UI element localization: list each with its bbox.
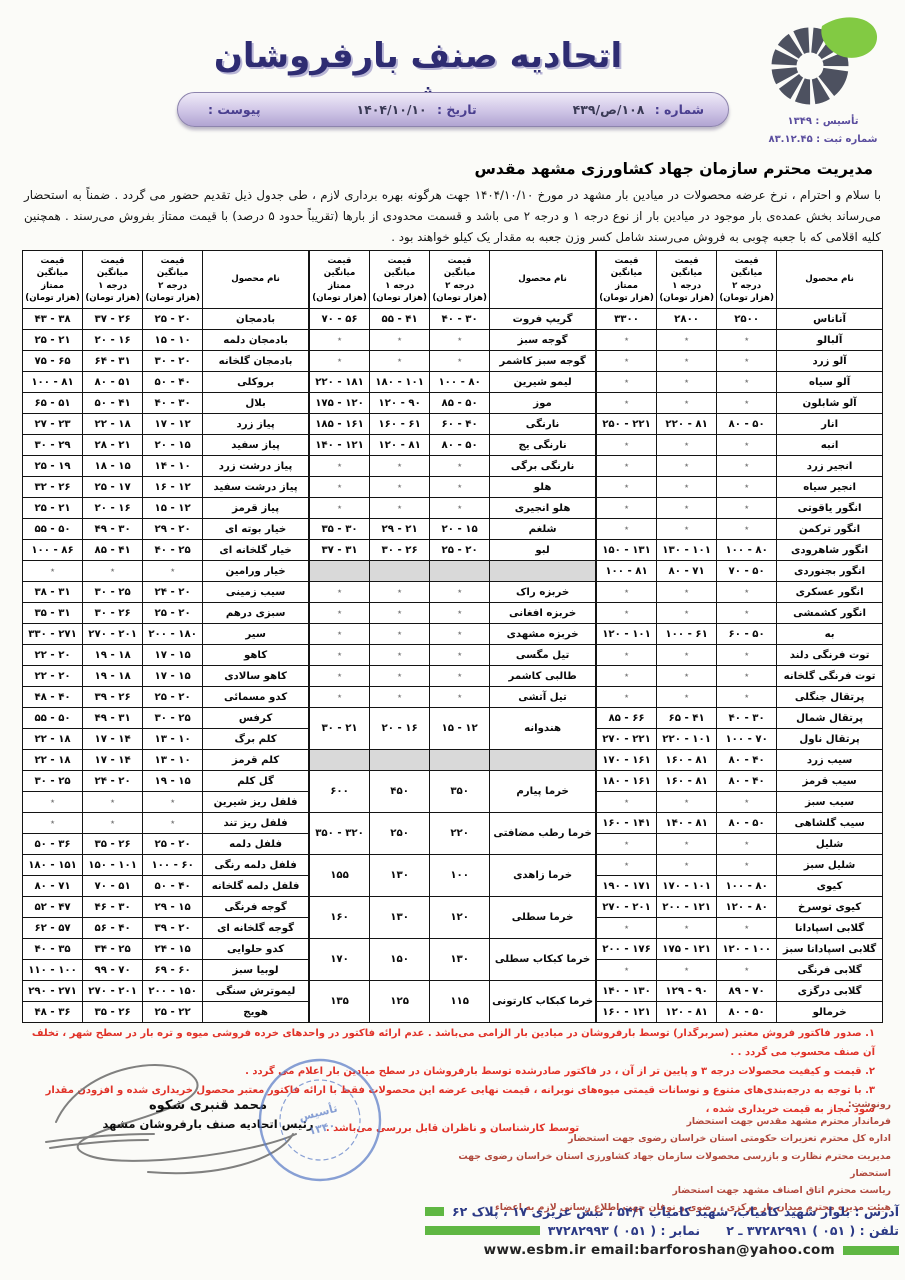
price-range-cell: ۷۰ - ۵۶	[310, 309, 370, 330]
table-row: توت فرنگی دلند٭٭٭	[597, 645, 883, 666]
green-bar-icon	[843, 1246, 899, 1255]
column-header-avg-price-grade1: قیمت میانگیندرجه ۱(هزار تومان)	[83, 251, 143, 309]
price-range-cell: ۲۹ - ۱۵	[143, 897, 203, 918]
price-range-cell: ۱۳۰	[370, 897, 430, 939]
price-range-cell: ۲۵ - ۱۹	[23, 456, 83, 477]
table-row: گلابی فرنگی٭٭٭	[597, 960, 883, 981]
product-name-cell: به	[777, 624, 883, 645]
product-name-cell: پیاز درشت سفید	[203, 477, 309, 498]
no-supply-star-cell: ٭	[83, 561, 143, 582]
no-supply-star-cell: ٭	[597, 855, 657, 876]
web-line: www.esbm.ir email:barforoshan@yahoo.com	[425, 1242, 899, 1258]
table-row: خربزه راک٭٭٭	[310, 582, 596, 603]
price-range-cell: ۲۷ - ۲۳	[23, 414, 83, 435]
no-supply-star-cell: ٭	[597, 498, 657, 519]
price-range-cell: ۱۵ - ۱۲	[143, 498, 203, 519]
table-row: انگور ترکمن٭٭٭	[597, 519, 883, 540]
table-row: بلال۴۰ - ۳۰۵۰ - ۴۱۶۵ - ۵۱	[23, 393, 309, 414]
table-row: آلبالو٭٭٭	[597, 330, 883, 351]
price-range-cell: ۲۵ - ۲۰	[143, 309, 203, 330]
table-row: تیل آتشی٭٭٭	[310, 687, 596, 708]
price-range-cell: ۲۹ - ۲۱	[370, 519, 430, 540]
price-range-cell: ۱۴۰ - ۱۲۱	[310, 435, 370, 456]
no-supply-star-cell: ٭	[657, 918, 717, 939]
letter-number: شماره : ۴۳۹/ص/۱۰۸	[573, 102, 704, 117]
intro-section: مدیریت محترم سازمان جهاد کشاورزی مشهد مق…	[24, 160, 881, 249]
price-range-cell: ۱۹ - ۱۵	[143, 771, 203, 792]
product-name-cell: طالبی کاشمر	[490, 666, 596, 687]
copy-recipient-line: اداره کل محترم تعزیرات حکومتی استان خراس…	[439, 1130, 891, 1147]
stamp-center-line2: ۱۳۴۰	[307, 1119, 336, 1138]
table-row: انبه٭٭٭	[597, 435, 883, 456]
product-name-cell: سیب سبز	[777, 792, 883, 813]
price-range-cell: ۲۵۰۰	[717, 309, 777, 330]
price-range-cell: ۸۰ - ۴۰	[717, 771, 777, 792]
no-supply-star-cell: ٭	[310, 624, 370, 645]
price-range-cell: ۵۲ - ۴۷	[23, 897, 83, 918]
table-row: هلو انجیری٭٭٭	[310, 498, 596, 519]
price-range-cell: ۱۷۵ - ۱۲۰	[310, 393, 370, 414]
table-row: پیاز درشت زرد۱۴ - ۱۰۱۸ - ۱۵۲۵ - ۱۹	[23, 456, 309, 477]
contact-footer: آدرس : بلوار شهید کامیاب، شهید کامیاب ۵۴…	[425, 1204, 899, 1262]
price-range-cell: ۲۲۰ - ۱۸۱	[310, 372, 370, 393]
no-supply-star-cell: ٭	[657, 456, 717, 477]
no-supply-star-cell: ٭	[370, 498, 430, 519]
product-name-cell: موز	[490, 393, 596, 414]
product-name-cell: سیر	[203, 624, 309, 645]
product-name-cell: انجیر سیاه	[777, 477, 883, 498]
price-range-cell: ۱۲۰ - ۱۰۰	[717, 939, 777, 960]
product-name-cell: فلفل دلمه	[203, 834, 309, 855]
price-range-cell: ۲۲ - ۱۸	[83, 414, 143, 435]
product-name-cell: پرتقال جنگلی	[777, 687, 883, 708]
no-supply-star-cell: ٭	[310, 603, 370, 624]
table-row: شلغم۲۰ - ۱۵۲۹ - ۲۱۳۵ - ۳۰	[310, 519, 596, 540]
no-supply-star-cell: ٭	[430, 624, 490, 645]
price-range-cell: ۱۶ - ۱۲	[143, 477, 203, 498]
price-range-cell: ۱۷ - ۱۵	[143, 666, 203, 687]
product-name-cell: گریپ فروت	[490, 309, 596, 330]
price-range-cell: ۱۸ - ۱۵	[83, 456, 143, 477]
product-name-cell: آلو زرد	[777, 351, 883, 372]
table-row: انگور شاهرودی۱۰۰ - ۸۰۱۳۰ - ۱۰۱۱۵۰ - ۱۳۱	[597, 540, 883, 561]
table-row: سبزی درهم۲۵ - ۲۰۳۰ - ۲۶۳۵ - ۳۱	[23, 603, 309, 624]
column-header-avg-price-premium: قیمت میانگینممتاز(هزار تومان)	[597, 251, 657, 309]
product-name-cell: سیب زرد	[777, 750, 883, 771]
price-range-cell: ۲۵ - ۲۲	[143, 1002, 203, 1023]
price-range-cell: ۱۶۰ - ۱۴۱	[597, 813, 657, 834]
price-range-cell: ۱۴۰ - ۱۳۰	[597, 981, 657, 1002]
table-row: خیار بوته ای۲۹ - ۲۰۴۹ - ۳۰۵۵ - ۵۰	[23, 519, 309, 540]
no-supply-star-cell: ٭	[370, 624, 430, 645]
product-name-cell: هویج	[203, 1002, 309, 1023]
table-row: لبو۲۵ - ۲۰۳۰ - ۲۶۳۷ - ۳۱	[310, 540, 596, 561]
table-row: نارنگی یج۸۰ - ۵۰۱۲۰ - ۸۱۱۴۰ - ۱۲۱	[310, 435, 596, 456]
no-supply-star-cell: ٭	[657, 435, 717, 456]
price-range-cell: ۱۴۰ - ۸۱	[657, 813, 717, 834]
product-name-cell: پیاز درشت زرد	[203, 456, 309, 477]
price-range-cell: ۹۹ - ۷۰	[83, 960, 143, 981]
no-supply-star-cell: ٭	[717, 792, 777, 813]
price-range-cell: ۵۰ - ۴۰	[143, 372, 203, 393]
letter-number-value: ۴۳۹/ص/۱۰۸	[573, 102, 645, 117]
product-name-cell: سیب قرمز	[777, 771, 883, 792]
price-range-cell: ۱۶۰ - ۸۱	[657, 771, 717, 792]
product-name-cell: گوجه گلخانه ای	[203, 918, 309, 939]
price-range-cell: ۱۵۰ - ۱۳۱	[597, 540, 657, 561]
no-supply-star-cell: ٭	[597, 519, 657, 540]
no-supply-star-cell: ٭	[430, 477, 490, 498]
price-range-cell: ۱۰۰ - ۸۱	[23, 372, 83, 393]
price-range-cell: ۳۴ - ۲۵	[83, 939, 143, 960]
table-row: انگور یاقوتی٭٭٭	[597, 498, 883, 519]
blank-cell	[310, 561, 370, 582]
product-name-cell: فلفل ریز تند	[203, 813, 309, 834]
table-row: نارنگی برگی٭٭٭	[310, 456, 596, 477]
price-range-cell: ۲۲ - ۱۸	[23, 729, 83, 750]
website-email-text: www.esbm.ir email:barforoshan@yahoo.com	[484, 1242, 835, 1258]
product-name-cell: انبه	[777, 435, 883, 456]
price-range-cell: ۲۷۰ - ۲۰۱	[597, 897, 657, 918]
product-name-cell: شلیل	[777, 834, 883, 855]
table-row: گوجه سبز٭٭٭	[310, 330, 596, 351]
no-supply-star-cell: ٭	[657, 666, 717, 687]
price-range-cell: ۸۰ - ۷۱	[657, 561, 717, 582]
price-range-cell: ۶۰ - ۴۰	[430, 414, 490, 435]
product-name-cell: کلم قرمز	[203, 750, 309, 771]
no-supply-star-cell: ٭	[430, 666, 490, 687]
product-name-cell: آلبالو	[777, 330, 883, 351]
table-row: کدو حلوایی۲۴ - ۱۵۳۴ - ۲۵۴۰ - ۳۵	[23, 939, 309, 960]
price-range-cell: ۲۲۰ - ۱۰۱	[657, 729, 717, 750]
price-range-cell: ۷۵ - ۶۵	[23, 351, 83, 372]
price-range-cell: ۲۵ - ۲۱	[23, 330, 83, 351]
green-bar-icon	[425, 1226, 540, 1235]
price-range-cell: ۳۰ - ۲۱	[310, 708, 370, 750]
no-supply-star-cell: ٭	[597, 330, 657, 351]
price-range-cell: ۱۶۰ - ۱۲۱	[597, 1002, 657, 1023]
phone-line: تلفن : ۲ ـ ۳۷۲۸۲۹۹۱ ( ۰۵۱ ) نمابر : ۳۷۲۸…	[425, 1223, 899, 1238]
price-range-cell: ۶۰۰	[310, 771, 370, 813]
no-supply-star-cell: ٭	[310, 666, 370, 687]
no-supply-star-cell: ٭	[310, 351, 370, 372]
copy-recipient-line: ریاست محترم اتاق اصناف مشهد جهت استحضار	[439, 1182, 891, 1199]
phone-text: تلفن : ۲ ـ ۳۷۲۸۲۹۹۱ ( ۰۵۱ ) نمابر : ۳۷۲۸…	[548, 1223, 899, 1238]
price-range-cell: ۳۵ - ۲۶	[83, 1002, 143, 1023]
price-range-cell: ۵۶ - ۴۰	[83, 918, 143, 939]
no-supply-star-cell: ٭	[597, 456, 657, 477]
no-supply-star-cell: ٭	[717, 603, 777, 624]
blank-cell	[310, 750, 370, 771]
table-row: فلفل دلمه گلخانه۵۰ - ۴۰۷۰ - ۵۱۸۰ - ۷۱	[23, 876, 309, 897]
price-range-cell: ۲۰ - ۱۵	[143, 435, 203, 456]
table-row: به۶۰ - ۵۰۱۰۰ - ۶۱۱۲۰ - ۱۰۱	[597, 624, 883, 645]
product-name-cell: گلابی اسپادانا سبز	[777, 939, 883, 960]
product-name-cell: شلغم	[490, 519, 596, 540]
table-row: انگور بجنوردی۷۰ - ۵۰۸۰ - ۷۱۱۰۰ - ۸۱	[597, 561, 883, 582]
price-range-cell: ۸۰ - ۵۰	[717, 813, 777, 834]
no-supply-star-cell: ٭	[717, 393, 777, 414]
price-range-cell: ۱۶۰ - ۶۱	[370, 414, 430, 435]
price-range-cell: ۵۵ - ۵۰	[23, 519, 83, 540]
table-row: فلفل ریز شیرین٭٭٭	[23, 792, 309, 813]
no-supply-star-cell: ٭	[717, 687, 777, 708]
no-supply-star-cell: ٭	[657, 498, 717, 519]
table-row: کاهو۱۷ - ۱۵۱۹ - ۱۸۲۲ - ۲۰	[23, 645, 309, 666]
price-range-cell: ۳۳۰۰	[597, 309, 657, 330]
table-row: گریپ فروت۴۰ - ۳۰۵۵ - ۴۱۷۰ - ۵۶	[310, 309, 596, 330]
no-supply-star-cell: ٭	[717, 834, 777, 855]
price-range-cell: ۴۰ - ۳۰	[143, 393, 203, 414]
product-name-cell: نارنگی	[490, 414, 596, 435]
price-range-cell: ۳۲ - ۲۶	[23, 477, 83, 498]
product-name-cell: پیاز سفید	[203, 435, 309, 456]
table-row: سیب زرد۸۰ - ۴۰۱۶۰ - ۸۱۱۷۰ - ۱۶۱	[597, 750, 883, 771]
table-row: گلابی اسپادانا سبز۱۲۰ - ۱۰۰۱۷۵ - ۱۲۱۲۰۰ …	[597, 939, 883, 960]
table-row: سیب سبز٭٭٭	[597, 792, 883, 813]
price-range-cell: ۶۵ - ۵۱	[23, 393, 83, 414]
product-name-cell: فلفل دلمه گلخانه	[203, 876, 309, 897]
price-range-cell: ۱۵۰	[370, 939, 430, 981]
product-name-cell: بادمجان	[203, 309, 309, 330]
product-name-cell: لوبیا سبز	[203, 960, 309, 981]
product-name-cell: سیب گلشاهی	[777, 813, 883, 834]
price-range-cell: ۲۲ - ۱۸	[23, 750, 83, 771]
product-name-cell: گل کلم	[203, 771, 309, 792]
price-range-cell: ۲۵ - ۲۰	[143, 687, 203, 708]
product-name-cell: توت فرنگی گلخانه	[777, 666, 883, 687]
product-name-cell: نارنگی یج	[490, 435, 596, 456]
no-supply-star-cell: ٭	[430, 687, 490, 708]
product-name-cell: انگور شاهرودی	[777, 540, 883, 561]
price-range-cell: ۱۸۰ - ۱۰۱	[370, 372, 430, 393]
table-row: شلیل٭٭٭	[597, 834, 883, 855]
price-range-cell: ۴۶ - ۳۰	[83, 897, 143, 918]
price-range-cell: ۴۰ - ۲۵	[143, 540, 203, 561]
product-name-cell: خرما پیارم	[490, 771, 596, 813]
price-range-cell: ۲۷۰ - ۲۰۱	[83, 981, 143, 1002]
no-supply-star-cell: ٭	[597, 918, 657, 939]
table-row: خیار گلخانه ای۴۰ - ۲۵۸۵ - ۴۱۱۰۰ - ۸۶	[23, 540, 309, 561]
no-supply-star-cell: ٭	[370, 477, 430, 498]
price-range-cell: ۱۰۰	[430, 855, 490, 897]
no-supply-star-cell: ٭	[370, 666, 430, 687]
product-name-cell: خیار ورامین	[203, 561, 309, 582]
no-supply-star-cell: ٭	[657, 645, 717, 666]
product-name-cell: کاهو	[203, 645, 309, 666]
no-supply-star-cell: ٭	[717, 435, 777, 456]
product-name-cell: انجیر زرد	[777, 456, 883, 477]
price-range-cell: ۱۹ - ۱۸	[83, 645, 143, 666]
no-supply-star-cell: ٭	[370, 456, 430, 477]
no-supply-star-cell: ٭	[143, 792, 203, 813]
price-range-cell: ۱۴ - ۱۰	[143, 456, 203, 477]
product-name-cell: فلفل ریز شیرین	[203, 792, 309, 813]
price-range-cell: ۵۰ - ۴۰	[143, 876, 203, 897]
no-supply-star-cell: ٭	[370, 645, 430, 666]
price-range-cell: ۲۰۰ - ۱۵۰	[143, 981, 203, 1002]
price-range-cell: ۲۲ - ۲۰	[23, 645, 83, 666]
price-range-cell: ۳۷ - ۲۶	[83, 309, 143, 330]
no-supply-star-cell: ٭	[597, 477, 657, 498]
intro-paragraph: با سلام و احترام ، نرخ عرضه محصولات در م…	[24, 185, 881, 249]
table-row: آلو شابلون٭٭٭	[597, 393, 883, 414]
price-range-cell: ۱۸۰ - ۱۵۱	[23, 855, 83, 876]
product-name-cell: توت فرنگی دلند	[777, 645, 883, 666]
product-name-cell: بروکلی	[203, 372, 309, 393]
price-range-cell: ۱۹ - ۱۸	[83, 666, 143, 687]
no-supply-star-cell: ٭	[310, 330, 370, 351]
letter-meta-bar: شماره : ۴۳۹/ص/۱۰۸ تاریخ : ۱۴۰۴/۱۰/۱۰ پیو…	[177, 92, 729, 127]
no-supply-star-cell: ٭	[657, 603, 717, 624]
price-range-cell: ۱۷ - ۱۴	[83, 729, 143, 750]
price-range-cell: ۵۰ - ۳۶	[23, 834, 83, 855]
column-header-avg-price-premium: قیمت میانگینممتاز(هزار تومان)	[310, 251, 370, 309]
product-name-cell: لیموترش سنگی	[203, 981, 309, 1002]
price-range-cell: ۶۹ - ۶۰	[143, 960, 203, 981]
product-name-cell: کاهو سالادی	[203, 666, 309, 687]
no-supply-star-cell: ٭	[83, 792, 143, 813]
column-header-avg-price-premium: قیمت میانگینممتاز(هزار تومان)	[23, 251, 83, 309]
price-range-cell: ۴۰ - ۳۵	[23, 939, 83, 960]
table-row: گل کلم۱۹ - ۱۵۲۴ - ۲۰۳۰ - ۲۵	[23, 771, 309, 792]
no-supply-star-cell: ٭	[370, 330, 430, 351]
product-name-cell: تیل مگسی	[490, 645, 596, 666]
price-range-cell: ۴۹ - ۳۱	[83, 708, 143, 729]
product-name-cell: آناناس	[777, 309, 883, 330]
price-range-cell: ۴۸ - ۴۰	[23, 687, 83, 708]
price-range-cell: ۱۷۰ - ۱۶۱	[597, 750, 657, 771]
price-range-cell: ۶۴ - ۳۱	[83, 351, 143, 372]
product-name-cell: انگور ترکمن	[777, 519, 883, 540]
table-row: انجیر زرد٭٭٭	[597, 456, 883, 477]
table-row: خرما زاهدی۱۰۰۱۳۰۱۵۵	[310, 855, 596, 897]
price-range-cell: ۱۵ - ۱۰	[143, 330, 203, 351]
price-range-cell: ۲۵ - ۲۱	[23, 498, 83, 519]
price-range-cell: ۱۰۰ - ۷۰	[717, 729, 777, 750]
price-range-cell: ۸۰ - ۵۰	[717, 1002, 777, 1023]
product-name-cell: لیمو شیرین	[490, 372, 596, 393]
price-range-cell: ۲۲۰	[430, 813, 490, 855]
price-range-cell: ۱۰۰ - ۸۶	[23, 540, 83, 561]
price-range-cell: ۱۲۰ - ۸۰	[717, 897, 777, 918]
product-name-cell: پیاز قرمز	[203, 498, 309, 519]
product-name-cell: گلابی فرنگی	[777, 960, 883, 981]
price-range-cell: ۲۰۰ - ۱۲۱	[657, 897, 717, 918]
table-row: آلو زرد٭٭٭	[597, 351, 883, 372]
table-row: انجیر سیاه٭٭٭	[597, 477, 883, 498]
price-range-cell: ۴۹ - ۳۰	[83, 519, 143, 540]
price-range-cell: ۳۵ - ۳۰	[310, 519, 370, 540]
no-supply-star-cell: ٭	[657, 687, 717, 708]
table-row: بادمجان دلمه۱۵ - ۱۰۲۰ - ۱۶۲۵ - ۲۱	[23, 330, 309, 351]
product-name-cell: خیار گلخانه ای	[203, 540, 309, 561]
product-name-cell: کرفس	[203, 708, 309, 729]
price-range-cell: ۵۵ - ۴۱	[370, 309, 430, 330]
column-header-product-name: نام محصول	[777, 251, 883, 309]
product-name-cell: خربزه مشهدی	[490, 624, 596, 645]
price-range-cell: ۱۱۰ - ۱۰۰	[23, 960, 83, 981]
price-range-cell: ۲۲۰ - ۸۱	[657, 414, 717, 435]
table-row	[310, 750, 596, 771]
product-name-cell: گلابی اسپادانا	[777, 918, 883, 939]
green-bar-icon	[425, 1207, 444, 1216]
product-name-cell: گلابی درگزی	[777, 981, 883, 1002]
table-row: کیوی توسرخ۱۲۰ - ۸۰۲۰۰ - ۱۲۱۲۷۰ - ۲۰۱	[597, 897, 883, 918]
price-range-cell: ۸۰ - ۷۱	[23, 876, 83, 897]
price-range-cell: ۸۵ - ۵۰	[430, 393, 490, 414]
price-range-cell: ۵۰ - ۴۱	[83, 393, 143, 414]
table-row: پرتقال جنگلی٭٭٭	[597, 687, 883, 708]
column-header-product-name: نام محصول	[203, 251, 309, 309]
price-range-cell: ۱۲۵	[370, 981, 430, 1023]
price-range-cell: ۱۷ - ۱۵	[143, 645, 203, 666]
price-range-cell: ۱۷۵ - ۱۲۱	[657, 939, 717, 960]
no-supply-star-cell: ٭	[717, 645, 777, 666]
table-row: لیموترش سنگی۲۰۰ - ۱۵۰۲۷۰ - ۲۰۱۲۹۰ - ۲۷۱	[23, 981, 309, 1002]
table-row: خربزه مشهدی٭٭٭	[310, 624, 596, 645]
no-supply-star-cell: ٭	[310, 582, 370, 603]
price-range-cell: ۶۲ - ۵۷	[23, 918, 83, 939]
table-row: موز۸۵ - ۵۰۱۲۰ - ۹۰۱۷۵ - ۱۲۰	[310, 393, 596, 414]
product-name-cell: انگور یاقوتی	[777, 498, 883, 519]
price-range-cell: ۲۴ - ۲۰	[143, 582, 203, 603]
no-supply-star-cell: ٭	[597, 372, 657, 393]
price-range-cell: ۱۳۰ - ۱۰۱	[657, 540, 717, 561]
product-name-cell: هلو	[490, 477, 596, 498]
no-supply-star-cell: ٭	[717, 855, 777, 876]
no-supply-star-cell: ٭	[143, 561, 203, 582]
price-range-cell: ۱۵۵	[310, 855, 370, 897]
table-row: لیمو شیرین۱۰۰ - ۸۰۱۸۰ - ۱۰۱۲۲۰ - ۱۸۱	[310, 372, 596, 393]
price-range-cell: ۱۵ - ۱۲	[430, 708, 490, 750]
copy-recipient-line: فرماندار محترم مشهد مقدس جهت استحضار	[439, 1113, 891, 1130]
column-header-avg-price-grade2: قیمت میانگیندرجه ۲(هزار تومان)	[143, 251, 203, 309]
price-range-cell: ۲۵ - ۲۰	[430, 540, 490, 561]
no-supply-star-cell: ٭	[310, 498, 370, 519]
product-name-cell: خرما کبکاب کارتونی	[490, 981, 596, 1023]
price-range-cell: ۱۳ - ۱۰	[143, 729, 203, 750]
table-row: طالبی کاشمر٭٭٭	[310, 666, 596, 687]
product-name-cell: شلیل سبز	[777, 855, 883, 876]
column-header-avg-price-grade1: قیمت میانگیندرجه ۱(هزار تومان)	[657, 251, 717, 309]
price-range-cell: ۱۳۰	[370, 855, 430, 897]
table-row: انگور عسکری٭٭٭	[597, 582, 883, 603]
price-range-cell: ۳۵ - ۲۶	[83, 834, 143, 855]
no-supply-star-cell: ٭	[717, 918, 777, 939]
letter-date-value: ۱۴۰۴/۱۰/۱۰	[356, 102, 426, 117]
price-range-cell: ۲۰ - ۱۵	[430, 519, 490, 540]
no-supply-star-cell: ٭	[370, 687, 430, 708]
no-supply-star-cell: ٭	[83, 813, 143, 834]
price-table: نام محصولقیمت میانگیندرجه ۲(هزار تومان)ق…	[22, 250, 883, 1023]
table-row: لوبیا سبز۶۹ - ۶۰۹۹ - ۷۰۱۱۰ - ۱۰۰	[23, 960, 309, 981]
price-range-cell: ۱۳۰	[430, 939, 490, 981]
product-name-cell: لبو	[490, 540, 596, 561]
table-row: خرما سطلی۱۲۰۱۳۰۱۶۰	[310, 897, 596, 939]
product-name-cell: کیوی توسرخ	[777, 897, 883, 918]
scanned-letter-page: تأسیس : ۱۳۴۹ شماره ثبت : ۸۳.۱۲.۴۵ اتحادی…	[0, 0, 905, 1280]
price-range-cell: ۳۰ - ۲۵	[83, 582, 143, 603]
price-range-cell: ۱۷۰	[310, 939, 370, 981]
table-row: پیاز سفید۲۰ - ۱۵۲۸ - ۲۱۳۰ - ۲۹	[23, 435, 309, 456]
price-range-cell: ۳۷ - ۳۱	[310, 540, 370, 561]
no-supply-star-cell: ٭	[597, 645, 657, 666]
product-name-cell: آلو شابلون	[777, 393, 883, 414]
price-range-cell: ۱۲۰ - ۹۰	[370, 393, 430, 414]
price-range-cell: ۴۰ - ۳۰	[717, 708, 777, 729]
product-name-cell: خربزه افغانی	[490, 603, 596, 624]
